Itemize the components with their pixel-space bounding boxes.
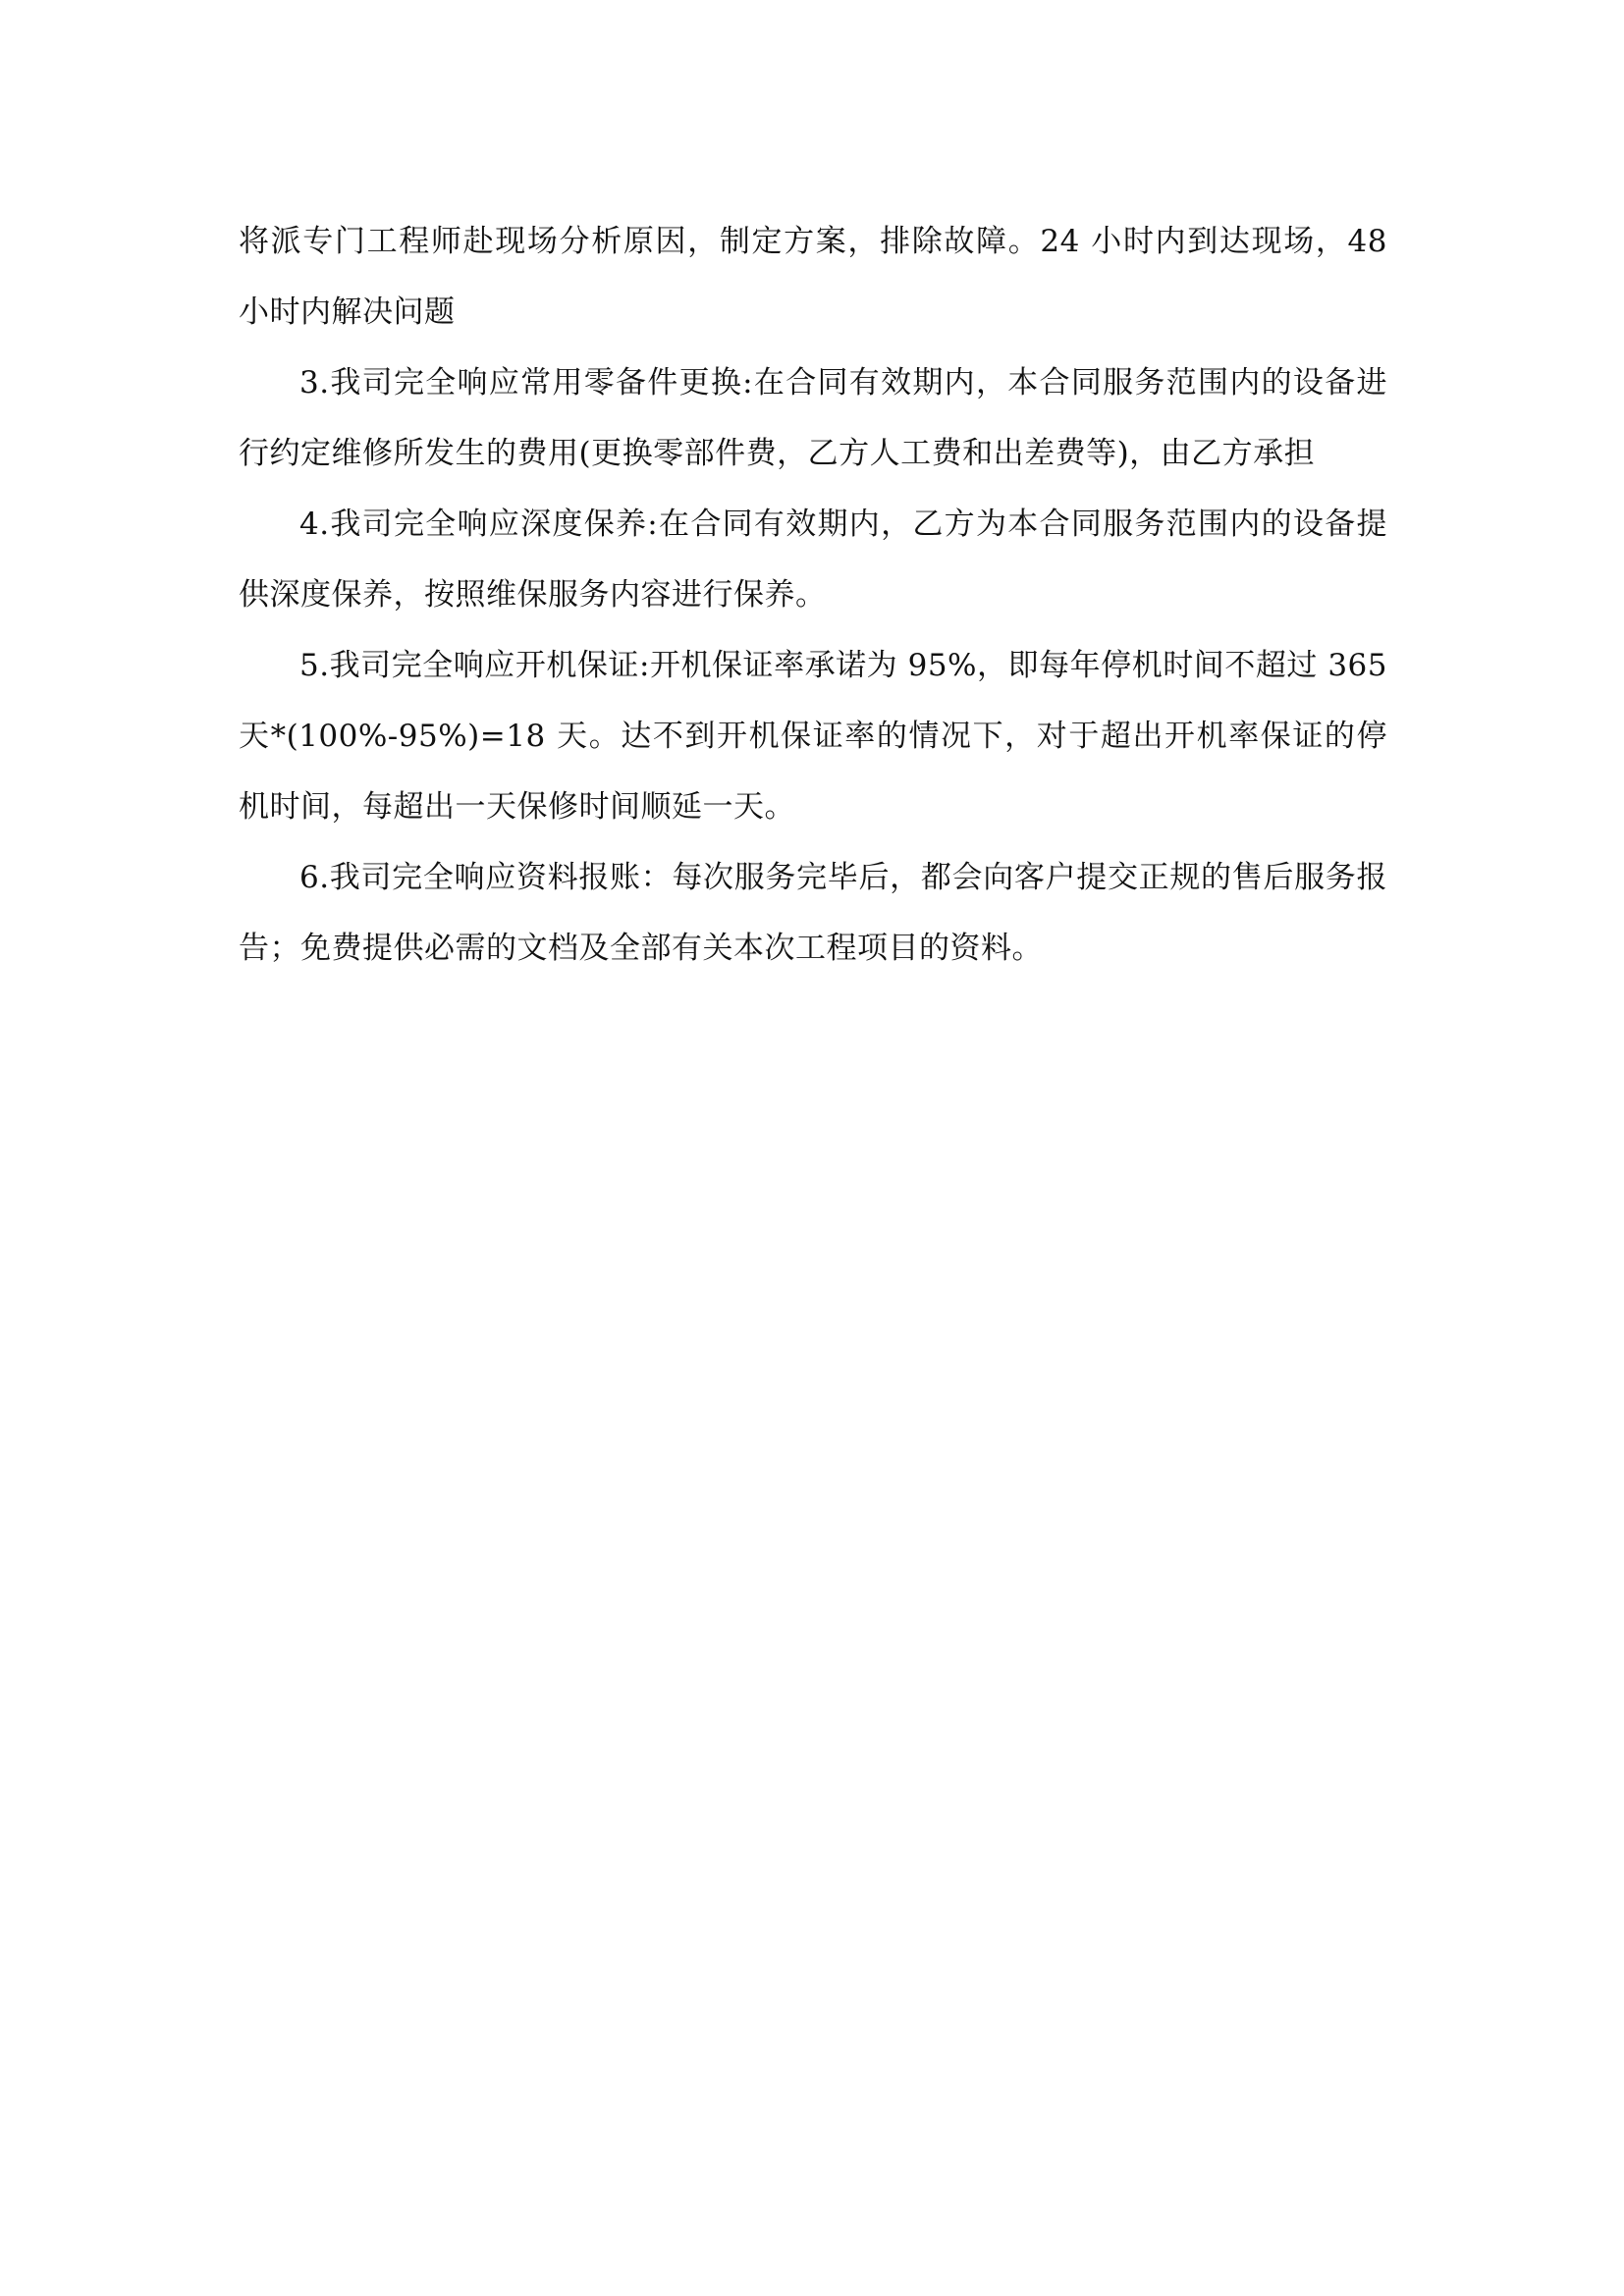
paragraph-item-3-spare-parts: 3.我司完全响应常用零备件更换:在合同有效期内，本合同服务范围内的设备进行约定维… [239, 347, 1387, 489]
paragraph-item-5-uptime-guarantee: 5.我司完全响应开机保证:开机保证率承诺为 95%，即每年停机时间不超过 365… [239, 630, 1387, 842]
paragraph-item-6-documentation: 6.我司完全响应资料报账：每次服务完毕后，都会向客户提交正规的售后服务报告；免费… [239, 842, 1387, 984]
paragraph-continuation-on-site-service: 将派专门工程师赴现场分析原因，制定方案，排除故障。24 小时内到达现场，48 小… [239, 206, 1387, 347]
paragraph-item-4-deep-maintenance: 4.我司完全响应深度保养:在合同有效期内，乙方为本合同服务范围内的设备提供深度保… [239, 489, 1387, 630]
document-page: 将派专门工程师赴现场分析原因，制定方案，排除故障。24 小时内到达现场，48 小… [239, 206, 1387, 984]
